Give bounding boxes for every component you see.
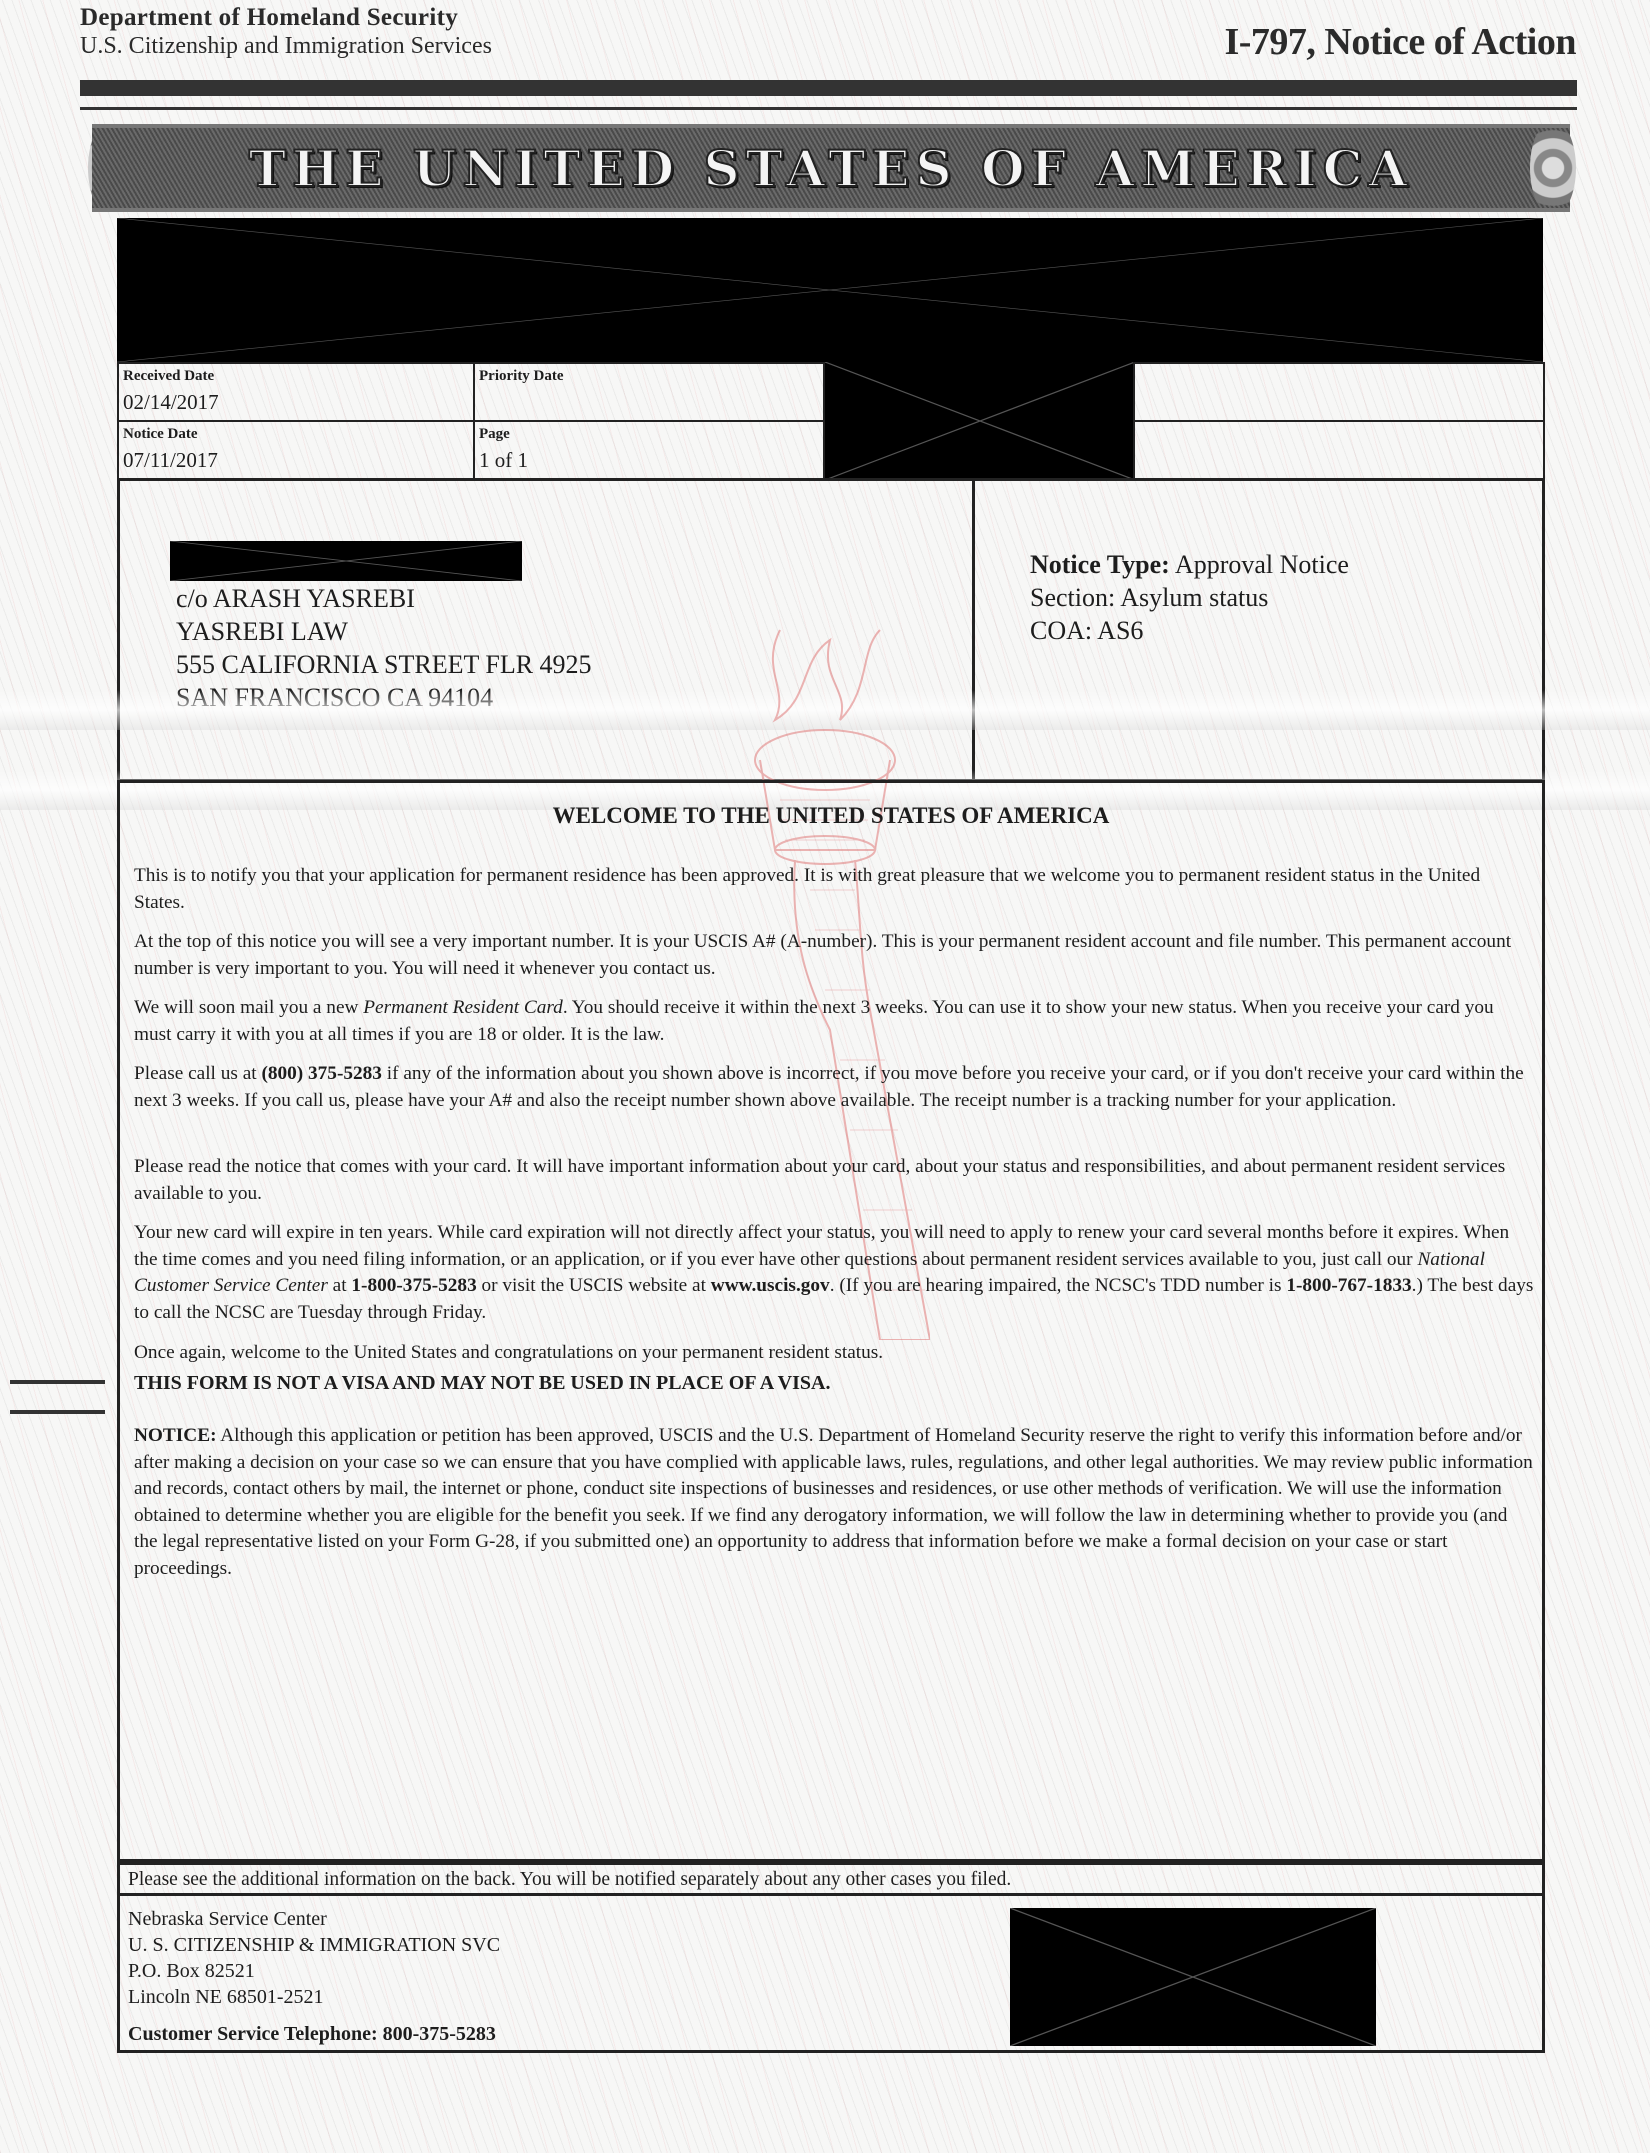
received-date-cell: Received Date 02/14/2017 [117,362,475,422]
margin-mark [10,1380,105,1384]
blank-cell-top [1133,362,1545,422]
case-info-grid: Received Date 02/14/2017 Priority Date N… [117,362,1545,480]
notice-section: Section: Asylum status [1030,581,1349,614]
visa-warning: THIS FORM IS NOT A VISA AND MAY NOT BE U… [134,1370,1534,1397]
paragraph-card-expiry: Your new card will expire in ten years. … [134,1220,1534,1326]
banner-ornament-right-icon [1530,120,1576,216]
paragraph-a-number: At the top of this notice you will see a… [134,929,1534,982]
text-run: or visit the USCIS website at [477,1275,711,1296]
address-line: c/o ARASH YASREBI [176,582,592,615]
text-run: . (If you are hearing impaired, the NCSC… [830,1275,1287,1296]
page-label: Page [479,426,510,443]
welcome-heading: WELCOME TO THE UNITED STATES OF AMERICA [120,803,1542,829]
address-line: 555 CALIFORNIA STREET FLR 4925 [176,648,592,681]
blank-cell-bottom [1133,420,1545,480]
permanent-resident-card-term: Permanent Resident Card [363,997,563,1018]
section-divider [972,481,975,779]
redacted-case-type-block [825,362,1135,480]
service-center-box: Nebraska Service Center U. S. CITIZENSHI… [117,1893,1545,2053]
priority-date-cell: Priority Date [473,362,825,422]
office-line: Lincoln NE 68501-2521 [128,1984,500,2010]
paragraph-read-notice: Please read the notice that comes with y… [134,1154,1534,1207]
notice-details: Notice Type: Approval Notice Section: As… [1030,548,1349,647]
text-run: We will soon mail you a new [134,997,363,1018]
agency-name: U.S. Citizenship and Immigration Service… [80,33,492,60]
uscis-website-link[interactable]: www.uscis.gov [711,1275,830,1296]
notice-type: Notice Type: Approval Notice [1030,548,1349,581]
usa-banner: THE UNITED STATES OF AMERICA [92,124,1570,212]
priority-date-label: Priority Date [479,368,564,385]
ncsc-phone: 1-800-375-5283 [351,1275,476,1296]
address-line: SAN FRANCISCO CA 94104 [176,681,592,714]
tdd-phone: 1-800-767-1833 [1286,1275,1411,1296]
redacted-barcode [1010,1908,1376,2046]
notice-type-label: Notice Type: [1030,550,1170,579]
page-value: 1 of 1 [479,448,528,473]
additional-info-note: Please see the additional information on… [117,1862,1545,1894]
paragraph-card: We will soon mail you a new Permanent Re… [134,995,1534,1048]
received-date-value: 02/14/2017 [123,390,219,415]
text-run: Although this application or petition ha… [134,1425,1533,1579]
text-run: Please call us at [134,1063,261,1084]
address-section: c/o ARASH YASREBI YASREBI LAW 555 CALIFO… [117,478,1545,782]
margin-mark [10,1410,105,1414]
paragraph-contact: Please call us at (800) 375-5283 if any … [134,1061,1534,1114]
redacted-receipt-block [117,218,1543,362]
office-line: Nebraska Service Center [128,1906,500,1932]
notice-date-cell: Notice Date 07/11/2017 [117,420,475,480]
notice-type-value: Approval Notice [1175,550,1349,579]
notice-date-label: Notice Date [123,426,198,443]
customer-service-phone: Customer Service Telephone: 800-375-5283 [128,2021,496,2047]
paragraph-approval: This is to notify you that your applicat… [134,863,1534,916]
address-line: YASREBI LAW [176,615,592,648]
page-cell: Page 1 of 1 [473,420,825,480]
service-center-address: Nebraska Service Center U. S. CITIZENSHI… [128,1906,500,2010]
notice-date-value: 07/11/2017 [123,448,218,473]
text-run: Your new card will expire in ten years. … [134,1222,1509,1270]
notice-coa: COA: AS6 [1030,614,1349,647]
office-line: U. S. CITIZENSHIP & IMMIGRATION SVC [128,1932,500,1958]
notice-label: NOTICE: [134,1425,217,1446]
mailing-address: c/o ARASH YASREBI YASREBI LAW 555 CALIFO… [176,582,592,714]
form-title: I-797, Notice of Action [1224,20,1576,64]
text-run: at [328,1275,352,1296]
banner-text: THE UNITED STATES OF AMERICA [249,139,1413,198]
header-divider-thick [80,80,1577,96]
phone-number: (800) 375-5283 [261,1063,382,1084]
received-date-label: Received Date [123,368,214,385]
department-name: Department of Homeland Security [80,4,458,32]
office-line: P.O. Box 82521 [128,1958,500,1984]
redacted-applicant-name [170,541,522,581]
header-divider-thin [80,107,1577,110]
notice-body: WELCOME TO THE UNITED STATES OF AMERICA … [117,780,1545,1862]
paragraph-welcome-again: Once again, welcome to the United States… [134,1340,1534,1367]
paragraph-verification-notice: NOTICE: Although this application or pet… [134,1423,1534,1582]
